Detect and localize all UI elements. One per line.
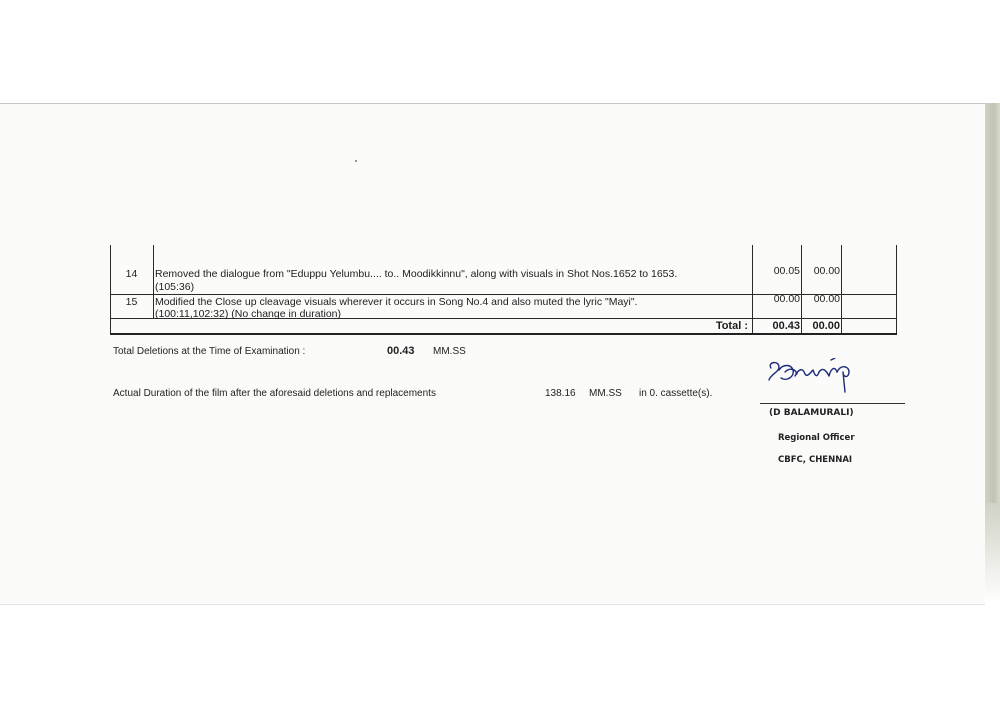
document-scan: 14 Removed the dialogue from "Eduppu Yel… [0, 0, 1000, 708]
total-deletions-value: 00.43 [387, 345, 415, 357]
signature-icon [765, 358, 875, 398]
row-14-slno: 14 [110, 268, 153, 280]
row-14-deleted: 00.05 [752, 265, 800, 277]
page-edge-fade [985, 503, 1000, 603]
total-replaced: 00.00 [801, 320, 840, 332]
table-border-bottom [110, 333, 897, 335]
actual-duration-label: Actual Duration of the film after the af… [113, 388, 436, 399]
actual-duration-value: 138.16 [545, 388, 576, 399]
col-divider-replaced [841, 245, 842, 334]
row-14-description: Removed the dialogue from "Eduppu Yelumb… [155, 268, 677, 280]
row-15-description: Modified the Close up cleavage visuals w… [155, 296, 638, 308]
total-deleted: 00.43 [752, 320, 800, 332]
row-15-slno: 15 [110, 296, 153, 308]
row-15-deleted: 00.00 [752, 293, 800, 305]
signature-line [760, 403, 905, 404]
scan-speck [355, 160, 357, 162]
row-15-timecode: (100:11,102:32) (No change in duration) [155, 308, 341, 320]
signatory-designation: Regional Officer [778, 433, 855, 443]
cassettes-text: in 0. cassette(s). [639, 388, 712, 399]
actual-duration-unit: MM.SS [589, 388, 622, 399]
total-deletions-label: Total Deletions at the Time of Examinati… [113, 346, 305, 357]
signatory-name: (D BALAMURALI) [769, 408, 854, 418]
table-border-right [896, 245, 897, 334]
total-deletions-unit: MM.SS [433, 346, 466, 357]
row-15-replaced: 00.00 [801, 293, 840, 305]
col-divider-slno [153, 245, 154, 318]
table-border-left [110, 245, 111, 334]
row-14-replaced: 00.00 [801, 265, 840, 277]
total-label: Total : [600, 320, 748, 332]
signatory-office: CBFC, CHENNAI [778, 455, 852, 465]
row-14-timecode: (105:36) [155, 281, 194, 293]
page-edge-shadow [985, 103, 1000, 503]
